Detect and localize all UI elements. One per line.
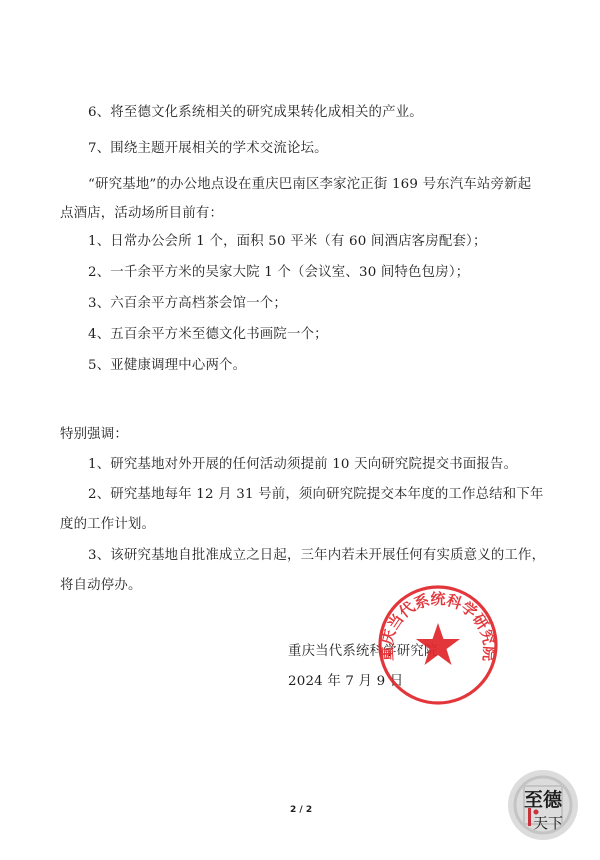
logo-text-bottom: 天下 xyxy=(533,814,563,832)
zhide-tianxia-logo: 至德 天下 xyxy=(506,768,580,842)
facility-item-4: 4、五百余平方米至德文化书画院一个； xyxy=(88,327,328,343)
emphasis-heading: 特别强调： xyxy=(60,427,128,443)
logo-text-top: 至德 xyxy=(524,788,563,811)
facility-item-3: 3、六百余平方高档茶会馆一个； xyxy=(88,296,287,312)
emphasis-item-1: 1、研究基地对外开展的任何活动须提前 10 天向研究院提交书面报告。 xyxy=(88,457,517,473)
official-seal: 重庆当代系统科学研究院 xyxy=(376,583,500,707)
facility-item-2: 2、一千余平方米的吴家大院 1 个（会议室、30 间特色包房）； xyxy=(88,265,469,281)
emphasis-item-3-line2: 将自动停办。 xyxy=(60,578,142,594)
page-number: 2 / 2 xyxy=(290,805,312,815)
emphasis-item-2-line2: 度的工作计划。 xyxy=(60,517,155,533)
emphasis-item-3-line1: 3、该研究基地自批准成立之日起，三年内若未开展任何有实质意义的工作， xyxy=(88,548,545,564)
document-page: 6、将至德文化系统相关的研究成果转化成相关的产业。 7、围绕主题开展相关的学术交… xyxy=(0,0,600,860)
location-paragraph-line1: “研究基地”的办公地点设在重庆巴南区李家沱正街 169 号东汽车站旁新起 xyxy=(88,177,531,193)
emphasis-item-2-line1: 2、研究基地每年 12 月 31 号前，须向研究院提交本年度的工作总结和下年 xyxy=(88,487,544,503)
location-paragraph-line2: 点酒店，活动场所目前有： xyxy=(60,206,223,222)
facility-item-1: 1、日常办公会所 1 个，面积 50 平米（有 60 间酒店客房配套）； xyxy=(88,234,487,250)
facility-item-5: 5、亚健康调理中心两个。 xyxy=(88,358,246,374)
item-7: 7、围绕主题开展相关的学术交流论坛。 xyxy=(88,141,328,157)
item-6: 6、将至德文化系统相关的研究成果转化成相关的产业。 xyxy=(88,105,423,121)
star-icon xyxy=(416,623,460,665)
